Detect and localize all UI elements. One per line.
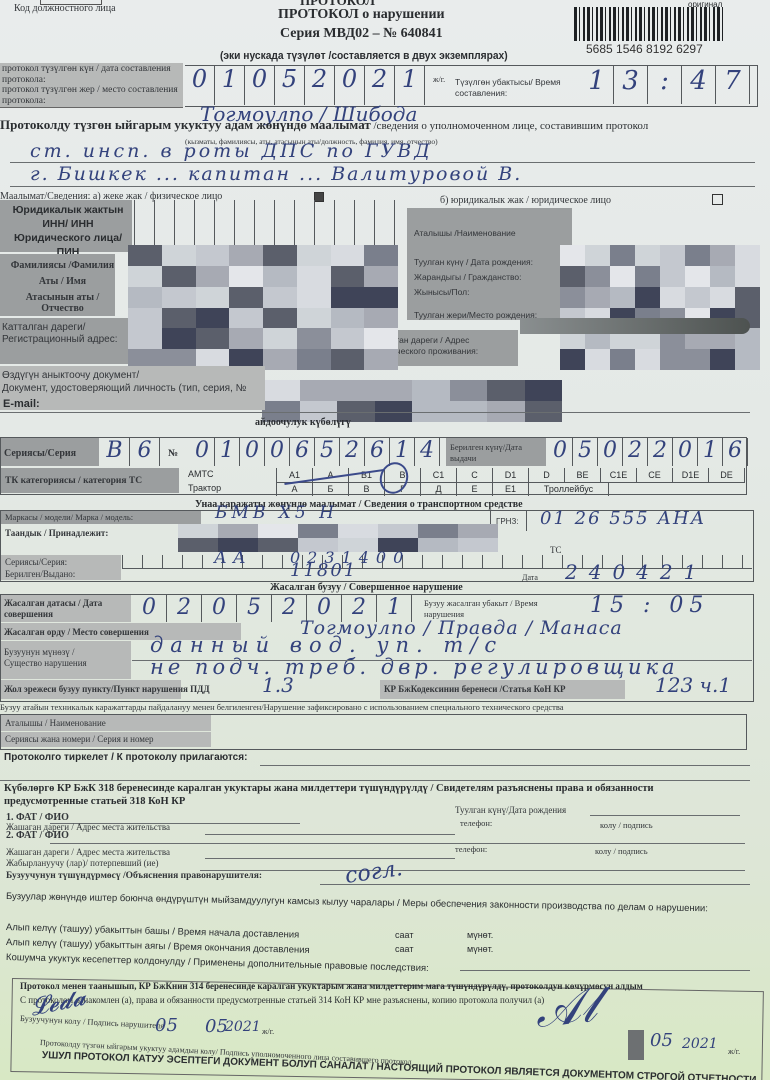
official-date-year[interactable]: 2021 — [682, 1036, 718, 1052]
license-issued-label: Берилген күнү/Дата выдачи — [450, 442, 545, 464]
official-signature[interactable]: 𝒜𝓁 — [532, 977, 599, 1040]
essence-line-1[interactable]: данный вод. уп. т/с — [150, 633, 503, 657]
victim-line — [200, 870, 745, 871]
official-heading: Протоколду түзгөн ыйгарым укуктуу адам ж… — [0, 117, 648, 133]
id-doc-label-ru: Документ, удостоверяющий личность (тип, … — [2, 383, 246, 394]
sign-year-suffix: ж/г. — [262, 1026, 274, 1037]
technical-name-label: Аталышы / Наименование — [5, 718, 106, 729]
official-year-suffix: ж/г. — [728, 1046, 740, 1057]
barcode-number: 5685 1546 8192 6297 — [586, 42, 703, 56]
redacted-official-date — [628, 1030, 644, 1060]
birthdate-label: Туулган күнү / Дата рождения: — [414, 257, 533, 268]
digit-cell: 1 — [395, 65, 425, 105]
witness2-signature-label: колу / подпись — [595, 846, 648, 857]
category-cell[interactable]: CE — [637, 468, 673, 482]
digit-cell: 0 — [548, 438, 573, 466]
digit-cell: 6 — [130, 438, 160, 466]
sign-date-year[interactable]: 2021 — [225, 1019, 261, 1035]
witness1-phone-label: телефон: — [460, 818, 492, 829]
delivery-end-min: мүнөт. — [467, 944, 493, 954]
digit-cell: 0 — [265, 438, 290, 466]
delivery-end-hour: саат — [395, 944, 413, 954]
digit-cell: 4 — [415, 438, 440, 466]
digit-cell: 0 — [190, 438, 215, 466]
violation-time-value[interactable]: 15 : 05 — [590, 593, 709, 618]
witness1-signature-label: колу / подпись — [600, 820, 653, 831]
digit-cell: 2 — [305, 65, 335, 105]
witnesses-heading: Күбөлөргө КР БжК 318 беренесинде каралга… — [4, 782, 704, 808]
explanation-label: Бузуучунун түшүндүрмөсү /Объяснения прав… — [6, 871, 262, 882]
license-issued-field[interactable]: 05022016 — [548, 438, 748, 466]
witness1-birth-line — [590, 815, 740, 816]
measures-heading: Бузуулар жөнүндө иштер боюнча өндүрүштүн… — [6, 891, 746, 916]
birthplace-label: Туулган жери/Место рождения: — [414, 310, 537, 321]
reg-date-value[interactable]: 240421 — [565, 560, 707, 584]
category-cell[interactable]: BE — [565, 468, 601, 482]
official-underline — [10, 162, 755, 163]
digit-cell: 1 — [215, 65, 245, 105]
pdd-value[interactable]: 1.3 — [262, 673, 294, 697]
digit-cell: 5 — [573, 438, 598, 466]
official-code-label: Код должностного лица — [14, 3, 116, 14]
owner-label: Таандык / Принадлежит: — [5, 528, 108, 539]
digit-cell: 0 — [202, 595, 237, 622]
official-heading-bold: Протоколду түзгөн ыйгарым укуктуу адам ж… — [0, 117, 371, 132]
digit-cell: 5 — [237, 595, 272, 622]
witness2-fio-line — [50, 843, 745, 844]
article-value[interactable]: 123 ч.1 — [655, 673, 731, 697]
plate-value[interactable]: 01 26 555 АНА — [540, 508, 706, 529]
copies-note: (эки нускада түзүлөт /составляется в дву… — [220, 50, 508, 62]
digit-cell: 1 — [580, 66, 614, 104]
surname-label: Фамилиясы /Фамилия — [10, 260, 115, 271]
category-cell[interactable]: DE — [709, 468, 745, 482]
citizenship-label: Жарандыгы / Гражданство: — [414, 272, 521, 283]
ack-text-ru: С протоколом ознакомлен (а), права и обя… — [20, 995, 760, 1005]
category-cell[interactable]: D — [529, 468, 565, 482]
protocol-document: Код должностного лица ПРОТОКОЛ ПРОТОКОЛ … — [0, 0, 770, 1080]
digit-cell: 5 — [315, 438, 340, 466]
digit-cell: 2 — [648, 438, 673, 466]
witness2-phone-label: телефон: — [455, 844, 487, 855]
category-cell[interactable]: Троллейбус — [529, 482, 609, 496]
compile-date-field[interactable]: 01052021 — [185, 65, 425, 105]
digit-cell: 0 — [245, 65, 275, 105]
legal-person-label: б) юридикалык жак / юридическое лицо — [440, 195, 611, 206]
digit-cell: 0 — [185, 65, 215, 105]
make-value[interactable]: БМВ Х5 Н — [215, 503, 338, 523]
digit-cell: 5 — [275, 65, 305, 105]
technical-series-label: Сериясы жана номери / Серия и номер — [5, 734, 154, 745]
attachments-line-2 — [0, 780, 750, 781]
reg-issued-label: Берилген/Выдано: — [5, 569, 75, 580]
id-doc-label-ky: Өздүгүн аныктоочу документ/ — [2, 370, 139, 381]
reg-series-value[interactable]: АА — [214, 548, 252, 568]
category-cell[interactable]: Б — [313, 482, 349, 496]
patronymic-label: Атасынын аты / Отчество — [10, 292, 115, 314]
official-date-month[interactable]: 05 — [650, 1030, 673, 1051]
document-title: ПРОТОКОЛ о нарушении — [278, 7, 445, 23]
license-series-field[interactable]: В6 — [100, 438, 160, 466]
compile-time-label: Түзүлгөн убактысы/ Время составления: — [455, 77, 575, 99]
reg-issued-value[interactable]: 11801 — [290, 560, 357, 581]
license-section-label: айдоочулук күбөлүгү — [255, 417, 351, 428]
org-name-label: Аталышы /Наименование — [414, 228, 516, 239]
digit-cell: 1 — [215, 438, 240, 466]
additional-measures-label: Кошумча укуктук кесепеттер колдонулду / … — [6, 952, 429, 974]
additional-measures-line — [460, 970, 750, 971]
witness2-address-label: Жашаган дареги / Адрес места жительства — [6, 847, 170, 858]
violation-place-label: Жасалган орду / Место совершения — [4, 627, 149, 638]
digit-cell: 2 — [623, 438, 648, 466]
delivery-start-min: мүнөт. — [467, 930, 493, 940]
digit-cell: 0 — [240, 438, 265, 466]
witness1-address-line — [205, 834, 455, 835]
witness1-birthdate-label: Туулган күнү/Дата рождения — [455, 805, 566, 816]
email-label: E-mail: — [3, 398, 40, 410]
license-number-field[interactable]: 0100652614 — [190, 438, 440, 466]
digit-cell: 6 — [723, 438, 748, 466]
digit-cell: 0 — [598, 438, 623, 466]
plate-label: ГРНЗ: — [496, 516, 519, 527]
attachments-line — [260, 765, 750, 766]
sign-date-day[interactable]: 05 — [155, 1015, 178, 1036]
name-label: Аты / Имя — [10, 276, 115, 287]
ack-text-ky: Протокол менен таанышып, КР БжКнин 314 б… — [20, 981, 760, 991]
category-row-tractor: АБВГДЕЕ1Троллейбус — [276, 482, 609, 496]
victim-label: Жабырлануучу (лар)/ потерпевший (ие) — [6, 858, 158, 869]
witness2-fio-label: 2. ФАТ / ФИО — [6, 830, 69, 841]
digit-cell: 6 — [290, 438, 315, 466]
violation-date-label: Жасалган датасы / Дата совершения — [4, 598, 129, 620]
redacted-personal-data — [262, 380, 562, 422]
digit-cell: 2 — [365, 65, 395, 105]
category-cell[interactable]: C — [457, 468, 493, 482]
redacted-personal-data — [560, 245, 760, 370]
reg-date-label: Дата — [522, 572, 538, 583]
category-cell[interactable]: C1 — [421, 468, 457, 482]
category-cell[interactable]: D1E — [673, 468, 709, 482]
technical-heading: Бузуу атайын техникалык каражаттарды пай… — [0, 702, 564, 713]
barcode — [574, 7, 724, 41]
compile-date-label: протокол түзүлгөн күн / дата составления… — [2, 64, 180, 86]
explanation-line — [320, 884, 750, 885]
digit-cell: В — [100, 438, 130, 466]
category-cell[interactable]: C1E — [601, 468, 637, 482]
redacted-personal-data — [128, 245, 398, 370]
year-suffix: ж/г. — [433, 74, 445, 85]
witness2-address-line — [205, 858, 455, 859]
legal-person-checkbox[interactable] — [712, 194, 723, 205]
inn-label: Юридикалык жактын ИНН/ ИНН Юридического … — [6, 203, 130, 259]
delivery-start-hour: саат — [395, 930, 413, 940]
category-cell[interactable]: D1 — [493, 468, 529, 482]
digit-cell: 2 — [167, 595, 202, 622]
official-line-1[interactable]: ст. инсп. в роты ДПС по ГУВД — [30, 140, 433, 162]
category-cell[interactable]: А — [277, 482, 313, 496]
official-underline-2 — [10, 186, 755, 187]
category-cell[interactable]: Д — [421, 482, 457, 496]
category-cell[interactable]: Е — [457, 482, 493, 496]
reg-address-label: Катталган дареги/ Регистрационный адрес: — [2, 322, 122, 346]
digit-cell: 4 — [682, 66, 716, 104]
email-underline — [0, 412, 750, 413]
digit-cell: 0 — [335, 65, 365, 105]
official-heading-rest: /сведения о уполномоченном лице, состави… — [374, 120, 649, 132]
redaction-bar — [520, 318, 750, 334]
pdd-label: Жол эрежеси бузуу пункту/Пункт нарушения… — [4, 684, 210, 695]
compile-place-label: протокол түзүлгөн жер / место составлени… — [2, 85, 180, 107]
digit-cell: : — [648, 66, 682, 104]
digit-cell: 1 — [698, 438, 723, 466]
sex-label: Жынысы/Пол: — [414, 287, 469, 298]
article-label: КР БжКодексинин беренеси /Статья КоН КР — [384, 684, 566, 695]
compile-time-field[interactable]: 13:47 — [580, 66, 750, 104]
violation-section-label: Жасалган бузуу / Совершенное нарушение — [270, 582, 463, 593]
reg-series-label: Сериясы/Серия: — [5, 557, 67, 568]
category-cell[interactable]: Е1 — [493, 482, 529, 496]
attachments-label: Протоколго тиркелет / К протоколу прилаг… — [4, 752, 247, 763]
tractor-label: Трактор — [188, 483, 221, 493]
essence-divider — [132, 660, 752, 661]
license-number-sign: № — [168, 448, 178, 459]
digit-cell: 0 — [132, 595, 167, 622]
digit-cell: 3 — [614, 66, 648, 104]
official-line-2[interactable]: г. Бишкек ... капитан ... Валитуровой В. — [30, 163, 522, 185]
essence-line-2[interactable]: не подч. треб. двр. регулировщика — [150, 655, 679, 679]
digit-cell: 7 — [716, 66, 750, 104]
digit-cell: 2 — [340, 438, 365, 466]
digit-cell: 0 — [673, 438, 698, 466]
category-label: ТК категориясы / категория ТС — [5, 476, 142, 487]
digit-cell: 6 — [365, 438, 390, 466]
make-label: Маркасы / модели/ Марка / модель: — [5, 512, 133, 523]
essence-label: Бузуунун мүнөзү / Существо нарушения — [4, 647, 114, 669]
document-series: Серия МВД02 – № 640841 — [280, 26, 443, 42]
amts-label: АМТС — [188, 469, 214, 479]
license-series-label: Сериясы/Серия — [4, 448, 76, 459]
